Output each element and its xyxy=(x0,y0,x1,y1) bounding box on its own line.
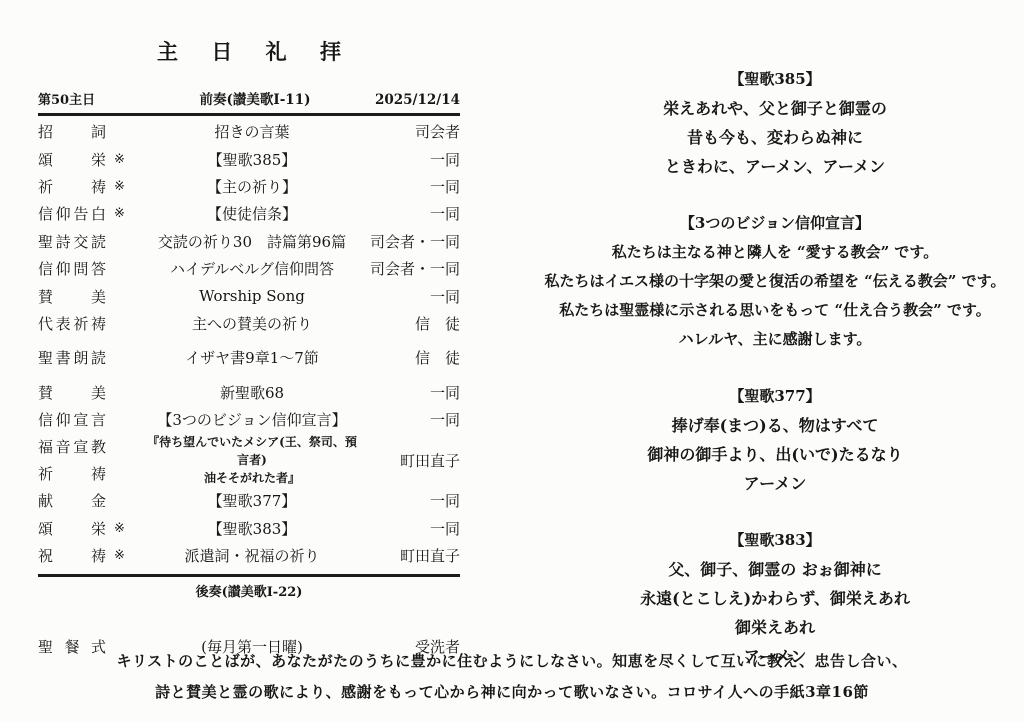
row-label: 頌栄 xyxy=(38,518,106,539)
program-row-praise2: 賛美 新聖歌68 一同 xyxy=(38,379,460,406)
row-person: 一同 xyxy=(360,490,460,511)
hymn385-block: 【聖歌385】 栄えあれや、父と御子と御霊の 昔も今も、変わらぬ神に ときわに、… xyxy=(538,64,1012,181)
program-row-catechism: 信仰問答 ハイデルベルグ信仰問答 司会者・一同 xyxy=(38,255,460,282)
row-label: 招詞 xyxy=(38,121,106,142)
row-note: ※ xyxy=(114,206,125,221)
hymn385-line: ときわに、アーメン、アーメン xyxy=(538,152,1012,181)
program-row-prayer: 祈祷※ 【主の祈り】 一同 xyxy=(38,173,460,200)
row-label: 代表祈祷 xyxy=(38,313,106,334)
row-content: Worship Song xyxy=(144,287,360,305)
sunday-number: 第50主日 xyxy=(38,89,150,108)
program-row-representative-prayer: 代表祈祷 主への賛美の祈り 信 徒 xyxy=(38,310,460,337)
hymn377-line: アーメン xyxy=(538,469,1012,498)
row-content: 交読の祈り30 詩篇第96篇 xyxy=(144,231,360,252)
program-row-responsive-reading: 聖詩交読 交読の祈り30 詩篇第96篇 司会者・一同 xyxy=(38,228,460,255)
row-label: 頌栄 xyxy=(38,149,106,170)
row-person: 町田直子 xyxy=(360,545,460,566)
row-label: 聖書朗読 xyxy=(38,347,106,368)
program-row-creed: 信仰告白※ 【使徒信条】 一同 xyxy=(38,200,460,227)
scripture-verse-line1: キリストのことばが、あなたがたのうちに豊かに住むようにしなさい。知恵を尽くして互… xyxy=(0,646,1024,677)
row-label: 信仰告白 xyxy=(38,203,106,224)
program-row-sermon: 福音宣教 祈祷 『待ち望んでいたメシア(王、祭司、預言者) 油そそがれた者』 町… xyxy=(38,433,460,487)
vision-line: 私たちは聖霊様に示される思いをもって “仕え合う教会” です。 xyxy=(538,296,1012,325)
row-label: 祈祷 xyxy=(38,176,106,197)
row-person: 一同 xyxy=(360,286,460,307)
row-person: 一同 xyxy=(360,518,460,539)
bottom-rule xyxy=(38,574,460,577)
row-content: ハイデルベルグ信仰問答 xyxy=(144,258,360,279)
bulletin-page: 主 日 礼 拝 第50主日 前奏(讃美歌Ⅰ-11) 2025/12/14 招詞 … xyxy=(0,0,1024,722)
row-label-second: 祈祷 xyxy=(38,463,106,484)
row-person: 信 徒 xyxy=(360,313,460,334)
row-label: 賛美 xyxy=(38,286,106,307)
row-person: 一同 xyxy=(360,382,460,403)
scripture-verse: キリストのことばが、あなたがたのうちに豊かに住むようにしなさい。知恵を尽くして互… xyxy=(0,646,1024,708)
vision-line: 私たちは主なる神と隣人を “愛する教会” です。 xyxy=(538,238,1012,267)
program-row-offering: 献金 【聖歌377】 一同 xyxy=(38,487,460,514)
row-label: 献金 xyxy=(38,490,106,511)
row-content: 派遣詞・祝福の祈り xyxy=(144,545,360,566)
hymn383-line: 御栄えあれ xyxy=(538,613,1012,642)
hymn377-title: 【聖歌377】 xyxy=(538,381,1012,411)
vision-title: 【3つのビジョン信仰宣言】 xyxy=(538,208,1012,238)
hymn385-line: 昔も今も、変わらぬ神に xyxy=(538,123,1012,152)
prelude: 前奏(讃美歌Ⅰ-11) xyxy=(150,88,360,108)
row-label: 祝祷 xyxy=(38,545,106,566)
row-person: 町田直子 xyxy=(360,450,460,471)
program-row-praise1: 賛美 Worship Song 一同 xyxy=(38,282,460,309)
program-row-doxology2: 頌栄※ 【聖歌383】 一同 xyxy=(38,515,460,542)
sermon-title-line2: 油そそがれた者』 xyxy=(204,471,300,485)
row-content: イザヤ書9章1〜7節 xyxy=(144,347,360,368)
sermon-title: 『待ち望んでいたメシア(王、祭司、預言者) 油そそがれた者』 xyxy=(144,433,360,487)
row-person: 司会者・一同 xyxy=(360,258,460,279)
program-row-scripture-reading: 聖書朗読 イザヤ書9章1〜7節 信 徒 xyxy=(38,344,460,371)
program-row-doxology1: 頌栄※ 【聖歌385】 一同 xyxy=(38,145,460,172)
row-person: 司会者 xyxy=(360,121,460,142)
hymn385-line: 栄えあれや、父と御子と御霊の xyxy=(538,94,1012,123)
row-person: 一同 xyxy=(360,149,460,170)
hymn385-title: 【聖歌385】 xyxy=(538,64,1012,94)
worship-program: 第50主日 前奏(讃美歌Ⅰ-11) 2025/12/14 招詞 招きの言葉 司会… xyxy=(38,88,460,660)
row-content: 【聖歌383】 xyxy=(144,518,360,539)
hymn383-line: 父、御子、御霊の おぉ御神に xyxy=(538,555,1012,584)
hymn-lyrics-column: 【聖歌385】 栄えあれや、父と御子と御霊の 昔も今も、変わらぬ神に ときわに、… xyxy=(538,64,1012,698)
vision-declaration-block: 【3つのビジョン信仰宣言】 私たちは主なる神と隣人を “愛する教会” です。 私… xyxy=(538,208,1012,354)
row-person: 一同 xyxy=(360,176,460,197)
row-note: ※ xyxy=(114,548,125,563)
row-person: 一同 xyxy=(360,203,460,224)
row-content: 【3つのビジョン信仰宣言】 xyxy=(144,409,360,430)
vision-line: ハレルヤ、主に感謝します。 xyxy=(538,325,1012,354)
row-content: 新聖歌68 xyxy=(144,382,360,403)
program-row-benediction: 祝祷※ 派遣詞・祝福の祈り 町田直子 xyxy=(38,542,460,569)
hymn377-block: 【聖歌377】 捧げ奉(まつ)る、物はすべて 御神の御手より、出(いで)たるなり… xyxy=(538,381,1012,498)
program-header: 第50主日 前奏(讃美歌Ⅰ-11) 2025/12/14 xyxy=(38,88,460,108)
row-person: 一同 xyxy=(360,409,460,430)
row-label: 信仰問答 xyxy=(38,258,106,279)
row-note: ※ xyxy=(114,521,125,536)
row-content: 【聖歌385】 xyxy=(144,149,360,170)
sermon-title-line1: 『待ち望んでいたメシア(王、祭司、預言者) xyxy=(147,435,357,467)
row-label: 賛美 xyxy=(38,382,106,403)
row-content: 【主の祈り】 xyxy=(144,176,360,197)
vision-line: 私たちはイエス様の十字架の愛と復活の希望を “伝える教会” です。 xyxy=(538,267,1012,296)
row-label: 福音宣教 xyxy=(38,436,106,457)
row-label: 聖詩交読 xyxy=(38,231,106,252)
row-content: 【聖歌377】 xyxy=(144,490,360,511)
row-content: 【使徒信条】 xyxy=(144,203,360,224)
row-content: 主への賛美の祈り xyxy=(144,313,360,334)
row-label: 信仰宣言 xyxy=(38,409,106,430)
program-row-faith-declaration: 信仰宣言 【3つのビジョン信仰宣言】 一同 xyxy=(38,406,460,433)
row-content: 招きの言葉 xyxy=(144,121,360,142)
hymn377-line: 御神の御手より、出(いで)たるなり xyxy=(538,440,1012,469)
row-note: ※ xyxy=(114,152,125,167)
postlude: 後奏(讃美歌Ⅰ-22) xyxy=(38,581,460,600)
row-person: 信 徒 xyxy=(360,347,460,368)
row-person: 司会者・一同 xyxy=(360,231,460,252)
service-date: 2025/12/14 xyxy=(360,92,460,108)
program-row-call: 招詞 招きの言葉 司会者 xyxy=(38,118,460,145)
scripture-verse-line2: 詩と賛美と霊の歌により、感謝をもって心から神に向かって歌いなさい。コロサイ人への… xyxy=(0,677,1024,708)
hymn383-title: 【聖歌383】 xyxy=(538,525,1012,555)
page-title: 主 日 礼 拝 xyxy=(38,36,460,66)
row-note: ※ xyxy=(114,179,125,194)
hymn383-line: 永遠(とこしえ)かわらず、御栄えあれ xyxy=(538,584,1012,613)
top-rule xyxy=(38,113,460,116)
hymn377-line: 捧げ奉(まつ)る、物はすべて xyxy=(538,411,1012,440)
